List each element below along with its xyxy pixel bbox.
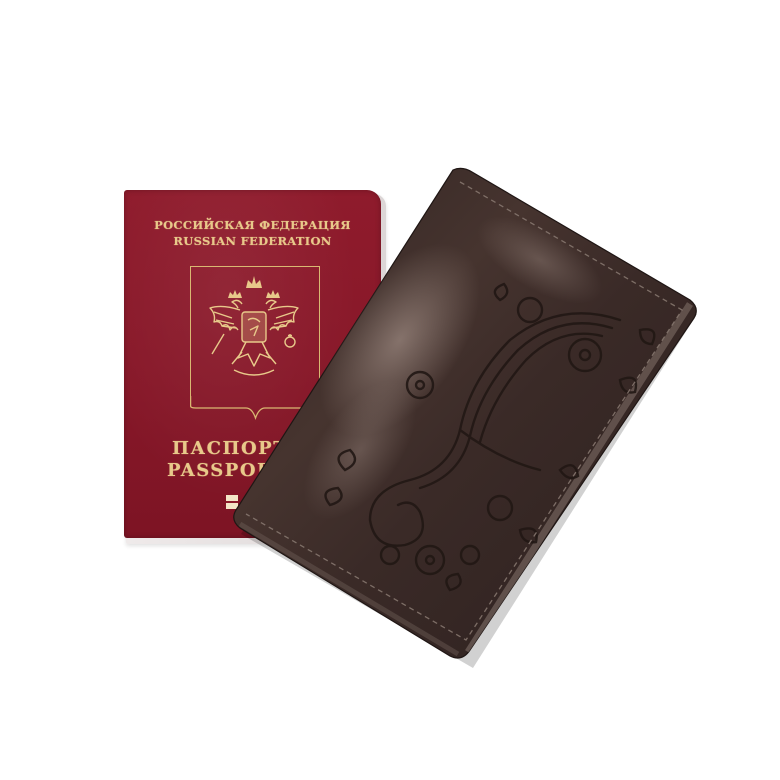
- passport-title-english: RUSSIAN FEDERATION: [124, 234, 381, 248]
- product-photo: РОССИЙСКАЯ ФЕДЕРАЦИЯ RUSSIAN FEDERATION: [0, 0, 780, 780]
- biometric-chip-symbol: [226, 495, 238, 509]
- leather-cover: [0, 0, 780, 780]
- passport-title-russian: РОССИЙСКАЯ ФЕДЕРАЦИЯ: [124, 218, 381, 232]
- coat-of-arms-eagle-icon: [202, 274, 306, 386]
